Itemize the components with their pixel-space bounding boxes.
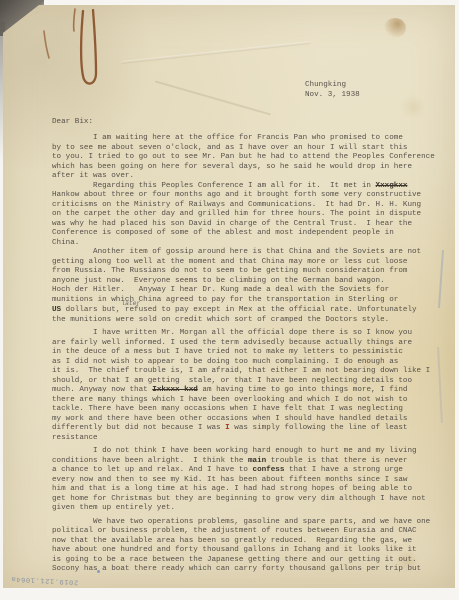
p3-overstruck-us: US <box>52 306 61 314</box>
paragraph-6: We have two operations problems, gasolin… <box>52 518 435 575</box>
p5-overstruck-confess: confess <box>253 466 285 474</box>
letter-date: Nov. 3, 1938 <box>305 91 360 101</box>
paper-crease <box>155 81 271 116</box>
letter-paper: Chungking Nov. 3, 1938 Dear Bix: I am wa… <box>3 5 455 588</box>
accession-number-pencil: 2019.121.1064a <box>11 574 79 586</box>
pencil-margin-mark <box>437 347 443 423</box>
paperclip-rust-stain <box>28 5 118 100</box>
paper-stain <box>384 18 406 38</box>
paragraph-3: Another item of gossip around here is th… <box>52 248 435 325</box>
p2-text-after: Hankow about three or four months ago an… <box>52 191 421 247</box>
p3-text-1: Another item of gossip around here is th… <box>52 248 421 304</box>
letter-body: I am waiting here at the office for Fran… <box>52 134 435 575</box>
pencil-margin-mark <box>438 250 444 308</box>
paragraph-2: Regarding this Peoples Conference I am a… <box>52 182 435 249</box>
p2-text-before: Regarding this Peoples Conference I am a… <box>52 182 376 190</box>
paragraph-4: I have written Mr. Morgan all the offici… <box>52 329 435 443</box>
letter-header: Chungking Nov. 3, 1938 <box>305 81 360 100</box>
struck-out-words: Ixkxxx kxd <box>152 386 198 394</box>
struck-out-word-hankow: Xxxgkxx <box>376 182 408 190</box>
p5-overstruck-main: main <box>248 457 266 465</box>
p3-text-2: dollars but, <box>61 306 120 314</box>
p4-text-1: I have written Mr. Morgan all the offici… <box>52 329 430 394</box>
paragraph-5: I do not think I have been working hard … <box>52 447 435 514</box>
letter-salutation: Dear Bix: <box>52 118 93 128</box>
paper-stain <box>399 95 427 119</box>
scanned-letter-photo: Chungking Nov. 3, 1938 Dear Bix: I am wa… <box>0 0 459 600</box>
letter-place: Chungking <box>305 81 360 91</box>
paragraph-1: I am waiting here at the office for Fran… <box>52 134 435 182</box>
